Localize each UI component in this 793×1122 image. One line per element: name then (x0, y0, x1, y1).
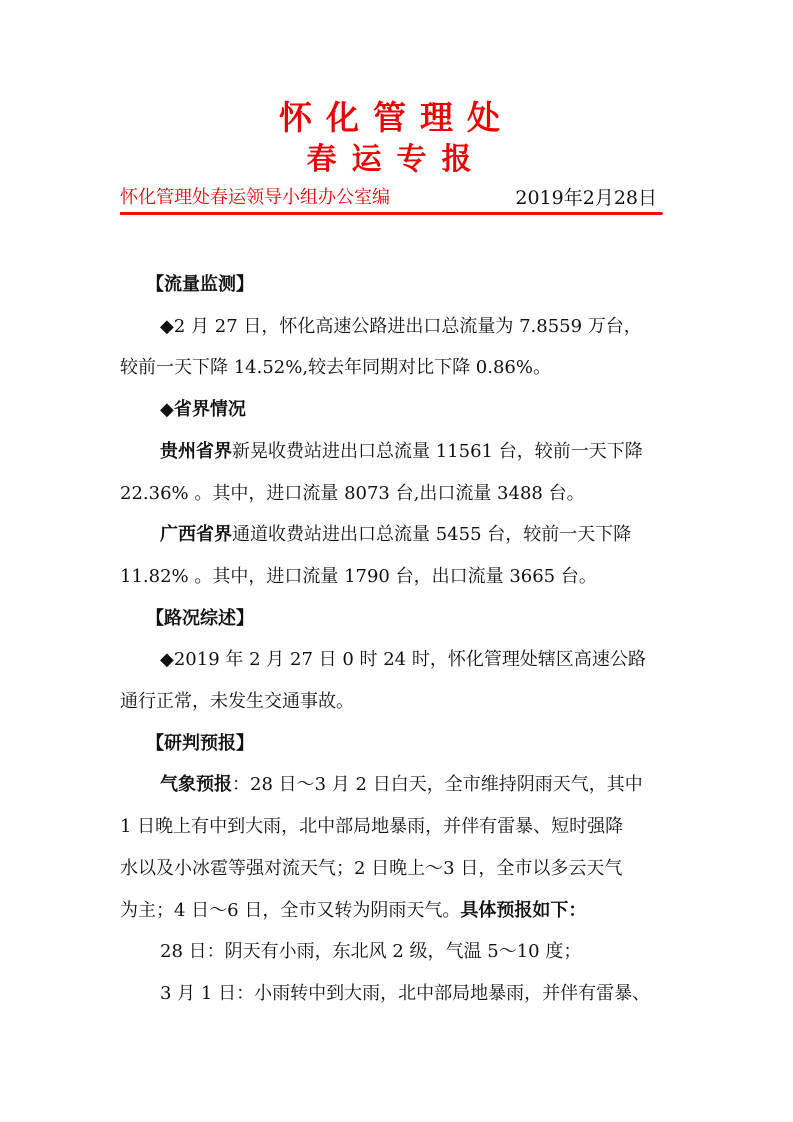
guangxi-line-2: 11.82% 。其中，进口流量 1790 台，出口流量 3665 台。 (120, 556, 670, 598)
forecast-text-1: ：28 日～3 月 2 日白天，全市维持阴雨天气，其中 (232, 774, 643, 795)
guizhou-text: 新晃收费站进出口总流量 11561 台，较前一天下降 (232, 441, 643, 462)
guangxi-text: 通道收费站进出口总流量 5455 台，较前一天下降 (232, 524, 631, 545)
section-heading-traffic: 【流量监测】 (120, 264, 670, 306)
guizhou-line-2: 22.36% 。其中，进口流量 8073 台,出口流量 3488 台。 (120, 473, 670, 515)
org-title: 怀化管理处 (0, 96, 793, 140)
forecast-line-4: 为主；4 日～6 日，全市又转为阴雨天气。具体预报如下： (120, 890, 670, 932)
issuer: 怀化管理处春运领导小组办公室编 (120, 186, 390, 210)
guangxi-line-1: 广西省界通道收费站进出口总流量 5455 台，较前一天下降 (120, 514, 670, 556)
detail-label: 具体预报如下： (460, 900, 586, 921)
doc-title: 春运专报 (0, 140, 793, 180)
doc-subheader: 怀化管理处春运领导小组办公室编 2019年2月28日 (120, 186, 665, 210)
traffic-line-1: ◆2 月 27 日，怀化高速公路进出口总流量为 7.8559 万台， (120, 306, 670, 348)
weather-label: 气象预报 (160, 774, 232, 795)
red-divider (120, 212, 663, 215)
forecast-mar-1: 3 月 1 日：小雨转中到大雨，北中部局地暴雨，并伴有雷暴、 (120, 973, 670, 1015)
section-heading-border: ◆省界情况 (120, 389, 670, 431)
guizhou-line-1: 贵州省界新晃收费站进出口总流量 11561 台，较前一天下降 (120, 431, 670, 473)
guangxi-label: 广西省界 (160, 524, 232, 545)
forecast-line-1: 气象预报：28 日～3 月 2 日白天，全市维持阴雨天气，其中 (120, 764, 670, 806)
section-heading-forecast: 【研判预报】 (120, 723, 670, 765)
traffic-line-2: 较前一天下降 14.52%,较去年同期对比下降 0.86%。 (120, 347, 670, 389)
document-body: 【流量监测】 ◆2 月 27 日，怀化高速公路进出口总流量为 7.8559 万台… (120, 264, 670, 1015)
forecast-line-2: 1 日晚上有中到大雨，北中部局地暴雨，并伴有雷暴、短时强降 (120, 806, 670, 848)
forecast-day-28: 28 日：阴天有小雨，东北风 2 级，气温 5～10 度； (120, 931, 670, 973)
forecast-text-4: 为主；4 日～6 日，全市又转为阴雨天气。 (120, 900, 460, 921)
road-line-2: 通行正常，未发生交通事故。 (120, 681, 670, 723)
section-heading-road: 【路况综述】 (120, 598, 670, 640)
issue-date: 2019年2月28日 (515, 186, 657, 210)
forecast-line-3: 水以及小冰雹等强对流天气；2 日晚上～3 日，全市以多云天气 (120, 848, 670, 890)
road-line-1: ◆2019 年 2 月 27 日 0 时 24 时，怀化管理处辖区高速公路 (120, 639, 670, 681)
guizhou-label: 贵州省界 (160, 441, 232, 462)
